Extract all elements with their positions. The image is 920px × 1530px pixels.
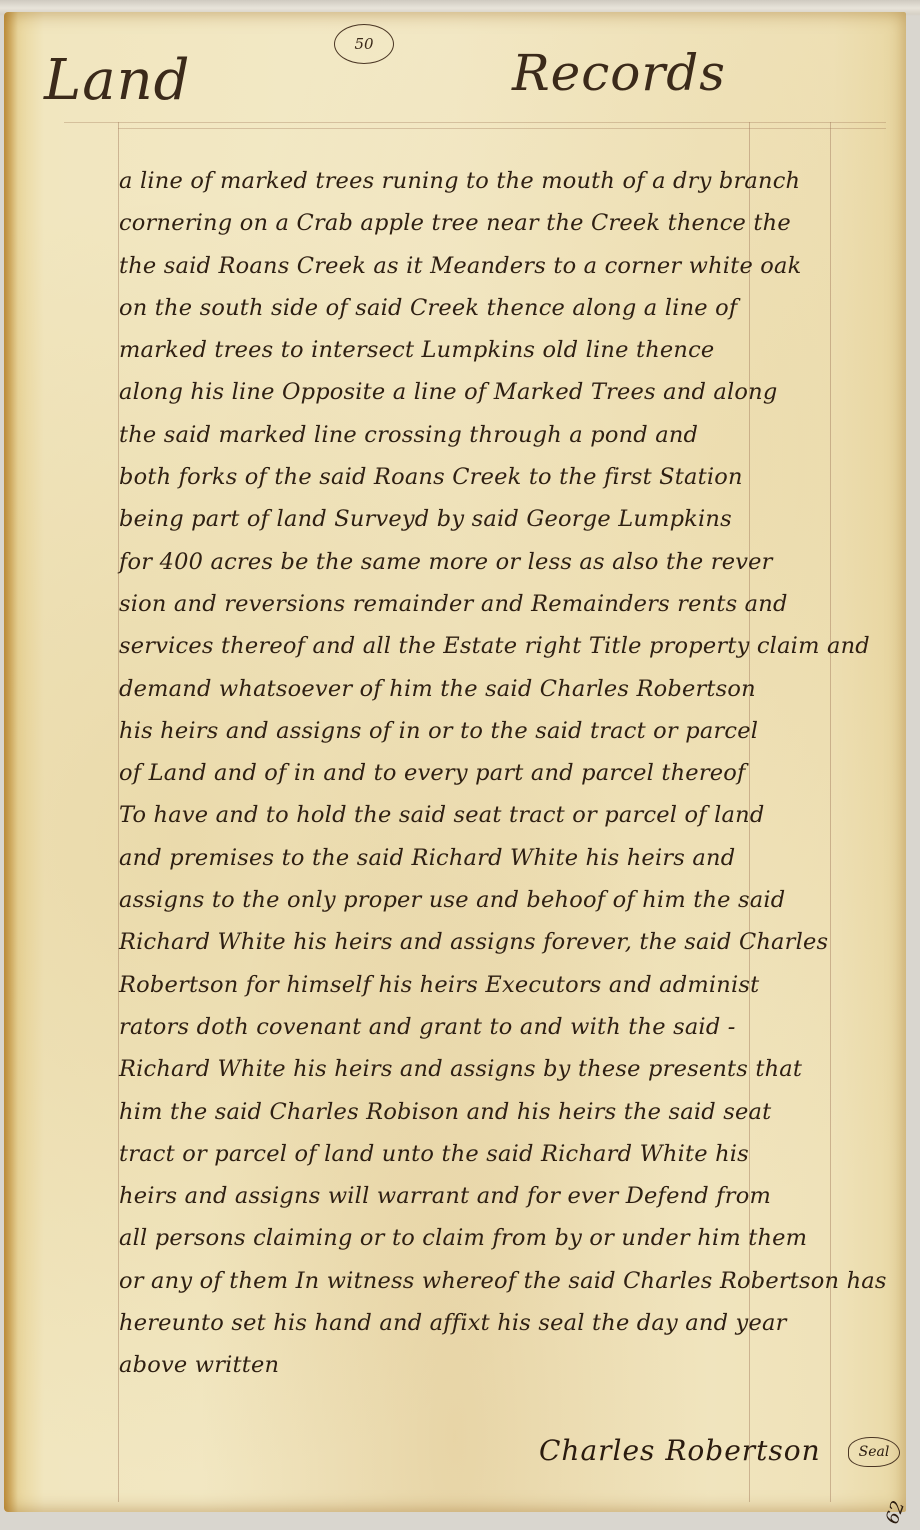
body-line: for 400 acres be the same more or less a… (119, 541, 889, 583)
body-line: on the south side of said Creek thence a… (119, 287, 889, 329)
body-line: tract or parcel of land unto the said Ri… (119, 1133, 889, 1175)
body-line: Robertson for himself his heirs Executor… (119, 964, 889, 1006)
body-line: heirs and assigns will warrant and for e… (119, 1175, 889, 1217)
body-line: cornering on a Crab apple tree near the … (119, 202, 889, 244)
body-line: all persons claiming or to claim from by… (119, 1217, 889, 1259)
body-line: him the said Charles Robison and his hei… (119, 1091, 889, 1133)
body-line: assigns to the only proper use and behoo… (119, 879, 889, 921)
body-line: sion and reversions remainder and Remain… (119, 583, 889, 625)
folio-number-circle: 50 (334, 24, 394, 64)
header-rule-2 (118, 128, 886, 129)
page-number: 62 (882, 1498, 910, 1527)
body-line: the said marked line crossing through a … (119, 414, 889, 456)
body-line: services thereof and all the Estate righ… (119, 625, 889, 667)
body-line: rators doth covenant and grant to and wi… (119, 1006, 889, 1048)
body-line: and premises to the said Richard White h… (119, 837, 889, 879)
scanned-document: Land 50 Records a line of marked trees r… (0, 0, 920, 1530)
folio-number: 50 (354, 35, 373, 53)
body-line: along his line Opposite a line of Marked… (119, 371, 889, 413)
body-line: his heirs and assigns of in or to the sa… (119, 710, 889, 752)
body-line: Richard White his heirs and assigns by t… (119, 1048, 889, 1090)
body-line: To have and to hold the said seat tract … (119, 794, 889, 836)
ledger-page: Land 50 Records a line of marked trees r… (4, 12, 906, 1512)
body-line: of Land and of in and to every part and … (119, 752, 889, 794)
header-rule (64, 122, 886, 123)
body-line: both forks of the said Roans Creek to th… (119, 456, 889, 498)
body-line: above written (119, 1344, 889, 1386)
signature: Charles Robertson (539, 1434, 821, 1467)
header-records: Records (512, 44, 726, 102)
handwritten-body: a line of marked trees runing to the mou… (119, 160, 889, 1387)
body-line: Richard White his heirs and assigns fore… (119, 921, 889, 963)
body-line: or any of them In witness whereof the sa… (119, 1260, 889, 1302)
body-line: being part of land Surveyd by said Georg… (119, 498, 889, 540)
body-line: demand whatsoever of him the said Charle… (119, 668, 889, 710)
body-line: a line of marked trees runing to the mou… (119, 160, 889, 202)
body-line: hereunto set his hand and affixt his sea… (119, 1302, 889, 1344)
body-line: marked trees to intersect Lumpkins old l… (119, 329, 889, 371)
seal-mark: Seal (848, 1437, 900, 1467)
seal-label: Seal (859, 1444, 890, 1460)
body-line: the said Roans Creek as it Meanders to a… (119, 245, 889, 287)
header-land: Land (44, 48, 191, 113)
